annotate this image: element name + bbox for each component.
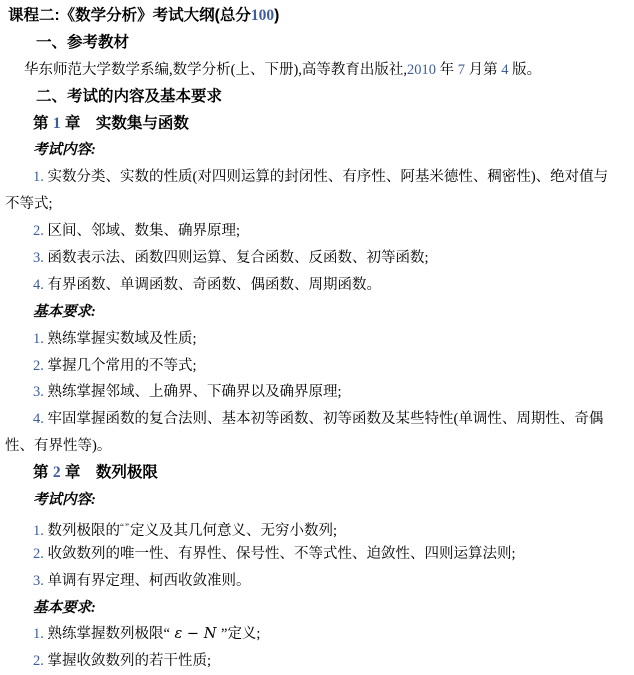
textbook-info: 华东师范大学数学系编,数学分析(上、下册),高等教育出版社,2010 年 7 月… — [0, 57, 634, 84]
num-run: 3. — [33, 384, 44, 400]
num-run: 100 — [251, 7, 274, 24]
text-run: 章 实数集与函数 — [61, 115, 189, 132]
exam-content-label: 考试内容: — [0, 487, 634, 514]
text-run: 华东师范大学数学系编,数学分析(上、下册),高等教育出版社, — [24, 62, 407, 78]
text-run: 掌握收敛数列的若干性质; — [44, 653, 211, 669]
num-run: 3. — [33, 250, 44, 266]
requirement-item: 1. 熟练掌握实数域及性质; — [0, 326, 634, 353]
exam-content-label: 考试内容: — [0, 137, 634, 164]
text-run: 熟练掌握邻域、上确界、下确界以及确界原理; — [44, 384, 342, 400]
math-run: ε − N — [170, 626, 221, 642]
text-run: 年 — [436, 62, 458, 78]
text-run: 函数表示法、函数四则运算、复合函数、反函数、初等函数; — [44, 250, 429, 266]
num-run: 2. — [33, 358, 44, 374]
num-run: 2 — [53, 464, 61, 481]
text-run: 不等式; — [5, 196, 53, 212]
text-run: 牢固掌握函数的复合法则、基本初等函数、初等函数及某些特性(单调性、周期性、奇偶 — [44, 411, 603, 427]
requirement-item: 2. 掌握几个常用的不等式; — [0, 353, 634, 380]
text-run: 一、参考教材 — [36, 34, 129, 51]
text-run: 定义及其几何意义、无穷小数列; — [130, 523, 337, 539]
requirement-item-continuation: 性、有界性等)。 — [0, 433, 634, 460]
text-run: 实数分类、实数的性质(对四则运算的封闭性、有序性、阿基米德性、稠密性)、绝对值与 — [44, 169, 608, 185]
text-run: 熟练掌握数列极限 — [44, 626, 164, 642]
num-run: 1. — [33, 169, 44, 185]
basic-requirements-label: 基本要求: — [0, 299, 634, 326]
text-run: 课程二:《数学分析》考试大纲(总分 — [8, 7, 251, 24]
content-item: 2. 收敛数列的唯一性、有界性、保号性、不等式性、迫敛性、四则运算法则; — [0, 541, 634, 568]
text-run: 有界函数、单调函数、奇函数、偶函数、周期函数。 — [44, 277, 381, 293]
text-run: 第 — [33, 464, 53, 481]
text-run: 定义; — [227, 626, 260, 642]
text-run: 性、有界性等)。 — [5, 438, 111, 454]
num-run: 4 — [501, 62, 508, 78]
section-exam-content-requirements: 二、考试的内容及基本要求 — [0, 84, 634, 111]
content-item-continuation: 不等式; — [0, 191, 634, 218]
text-run: 基本要求: — [33, 600, 96, 616]
num-run: 3. — [33, 573, 44, 589]
num-run: 2. — [33, 653, 44, 669]
num-run: 1. — [33, 626, 44, 642]
num-run: 1. — [33, 331, 44, 347]
section-reference-textbook: 一、参考教材 — [0, 30, 634, 57]
requirement-item: 1. 熟练掌握数列极限“ ε − N ”定义; — [0, 621, 634, 648]
text-run: 熟练掌握实数域及性质; — [44, 331, 197, 347]
text-run: 掌握几个常用的不等式; — [44, 358, 197, 374]
num-run: 2. — [33, 546, 44, 562]
requirement-item: 4. 牢固掌握函数的复合法则、基本初等函数、初等函数及某些特性(单调性、周期性、… — [0, 406, 634, 433]
text-run: 章 数列极限 — [61, 464, 158, 481]
content-item: 4. 有界函数、单调函数、奇函数、偶函数、周期函数。 — [0, 272, 634, 299]
text-run: 考试内容: — [33, 492, 96, 508]
text-run: 区间、邻域、数集、确界原理; — [44, 223, 240, 239]
text-run: 收敛数列的唯一性、有界性、保号性、不等式性、迫敛性、四则运算法则; — [44, 546, 516, 562]
requirement-item: 3. 熟练掌握邻域、上确界、下确界以及确界原理; — [0, 379, 634, 406]
text-run: 单调有界定理、柯西收敛准则。 — [44, 573, 251, 589]
content-item: 3. 单调有界定理、柯西收敛准则。 — [0, 568, 634, 595]
content-item: 2. 区间、邻域、数集、确界原理; — [0, 218, 634, 245]
chapter-1-heading: 第 1 章 实数集与函数 — [0, 111, 634, 138]
num-run: 1. — [33, 523, 44, 539]
num-run: 2010 — [407, 62, 436, 78]
text-run: 基本要求: — [33, 304, 96, 320]
text-run: 版。 — [509, 62, 542, 78]
content-item: 3. 函数表示法、函数四则运算、复合函数、反函数、初等函数; — [0, 245, 634, 272]
num-run: 2. — [33, 223, 44, 239]
content-item: 1. 实数分类、实数的性质(对四则运算的封闭性、有序性、阿基米德性、稠密性)、绝… — [0, 164, 634, 191]
course-title: 课程二:《数学分析》考试大纲(总分100) — [0, 3, 634, 30]
chapter-2-heading: 第 2 章 数列极限 — [0, 460, 634, 487]
num-run: 7 — [458, 62, 465, 78]
content-item: 1. 数列极限的“”定义及其几何意义、无穷小数列; — [0, 514, 634, 541]
text-run: 二、考试的内容及基本要求 — [36, 88, 222, 105]
requirement-item: 2. 掌握收敛数列的若干性质; — [0, 648, 634, 675]
text-run: 数列极限的 — [44, 523, 120, 539]
text-run: 第 — [33, 115, 53, 132]
document-body: 课程二:《数学分析》考试大纲(总分100)一、参考教材华东师范大学数学系编,数学… — [0, 0, 634, 675]
num-run: 4. — [33, 277, 44, 293]
num-run: 4. — [33, 411, 44, 427]
tinyq-run: “” — [120, 522, 130, 532]
basic-requirements-label: 基本要求: — [0, 595, 634, 622]
text-run: 考试内容: — [33, 142, 96, 158]
num-run: 1 — [53, 115, 61, 132]
text-run: 月第 — [465, 62, 501, 78]
text-run: ) — [274, 7, 279, 24]
